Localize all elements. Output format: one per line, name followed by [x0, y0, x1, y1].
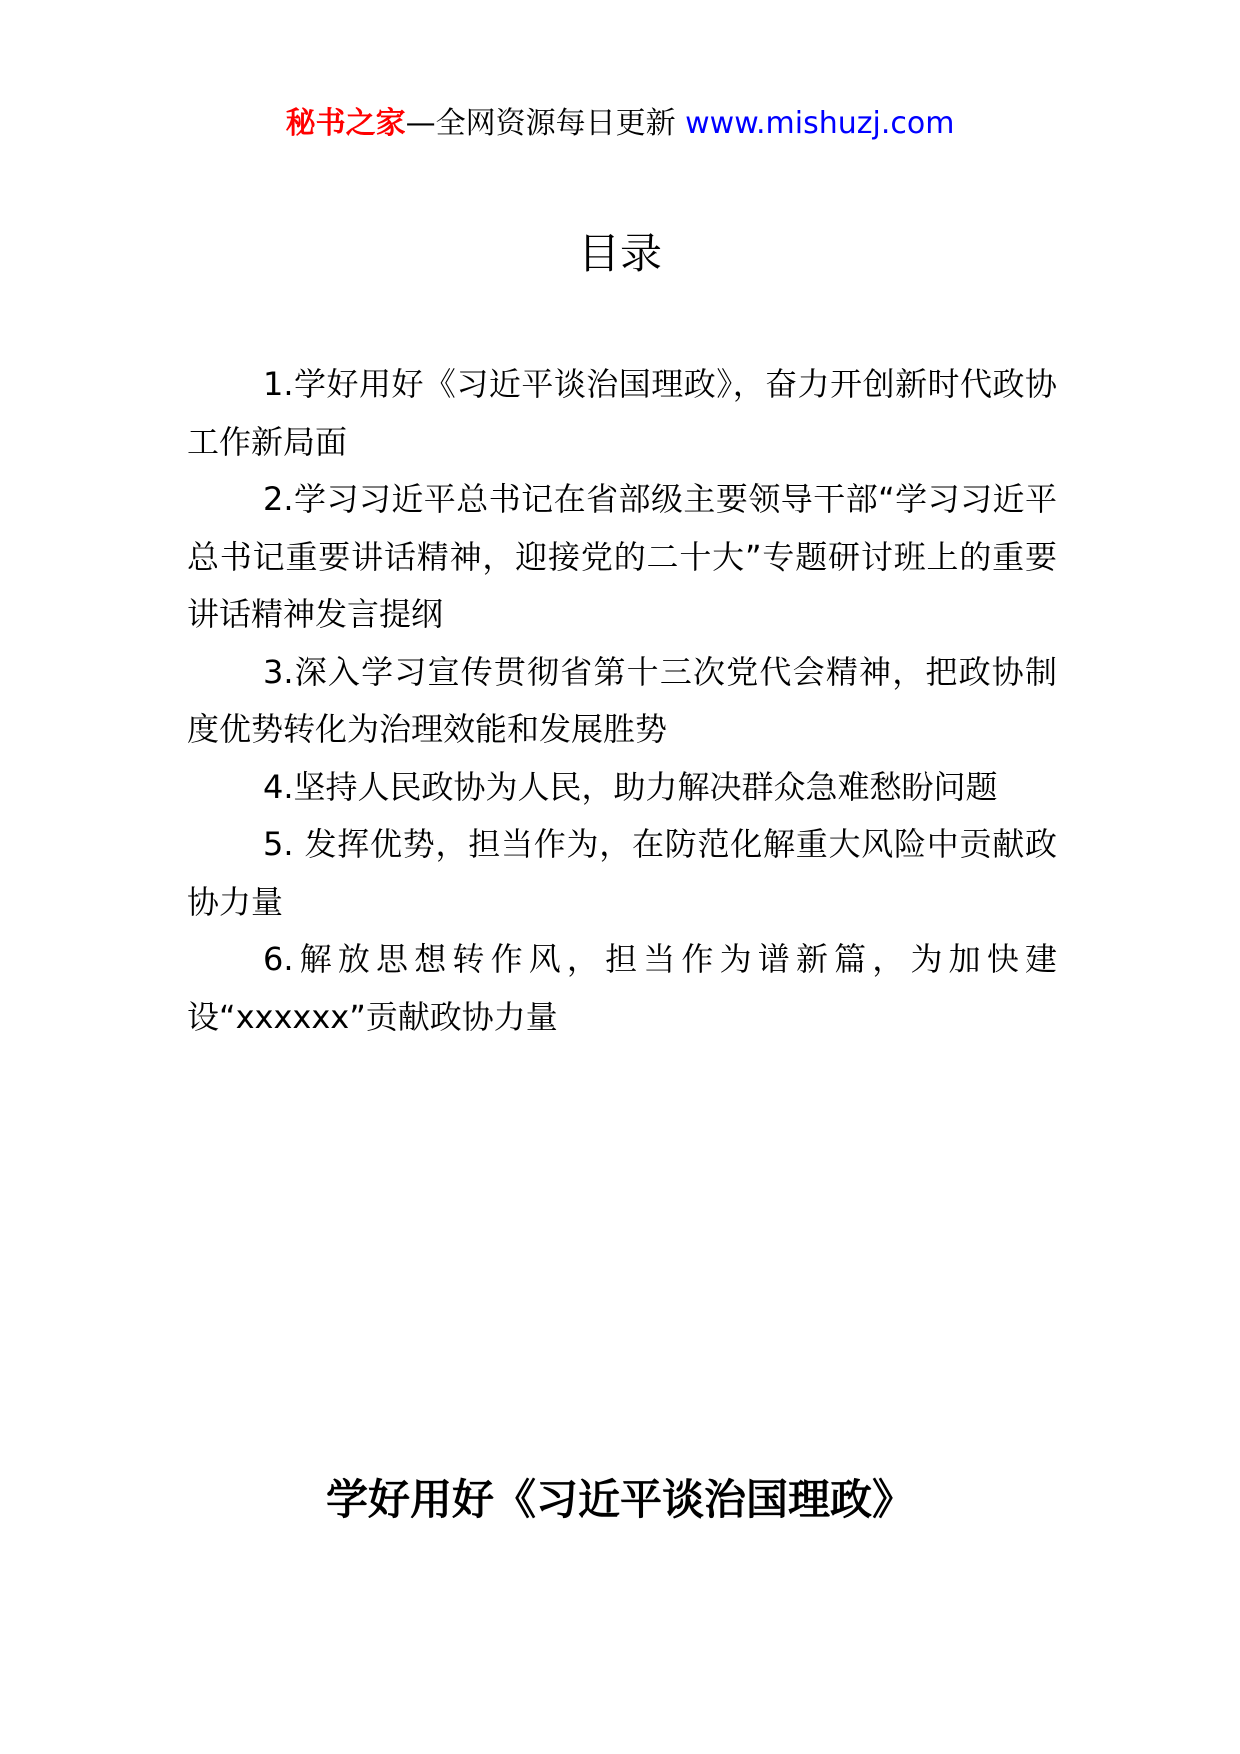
toc-item-6: 6.解放思想转作风，担当作为谱新篇，为加快建设“xxxxxx”贡献政协力量: [187, 931, 1057, 1046]
toc-item-4: 4.坚持人民政协为人民，助力解决群众急难愁盼问题: [187, 759, 1057, 817]
site-header: 秘书之家—全网资源每日更新 www.mishuzj.com: [0, 104, 1240, 144]
article-title: 学好用好《习近平谈治国理政》: [0, 1470, 1240, 1530]
toc-item-3: 3.深入学习宣传贯彻省第十三次党代会精神，把政协制度优势转化为治理效能和发展胜势: [187, 644, 1057, 759]
header-tagline: —全网资源每日更新: [406, 106, 676, 141]
toc-item-5: 5. 发挥优势，担当作为，在防范化解重大风险中贡献政协力量: [187, 816, 1057, 931]
table-of-contents: 1.学好用好《习近平谈治国理政》，奋力开创新时代政协工作新局面 2.学习习近平总…: [187, 356, 1057, 1046]
toc-item-1: 1.学好用好《习近平谈治国理政》，奋力开创新时代政协工作新局面: [187, 356, 1057, 471]
toc-title: 目录: [0, 226, 1240, 282]
toc-item-2: 2.学习习近平总书记在省部级主要领导干部“学习习近平总书记重要讲话精神，迎接党的…: [187, 471, 1057, 644]
site-url-link[interactable]: www.mishuzj.com: [685, 106, 954, 141]
brand-name: 秘书之家: [286, 106, 406, 141]
